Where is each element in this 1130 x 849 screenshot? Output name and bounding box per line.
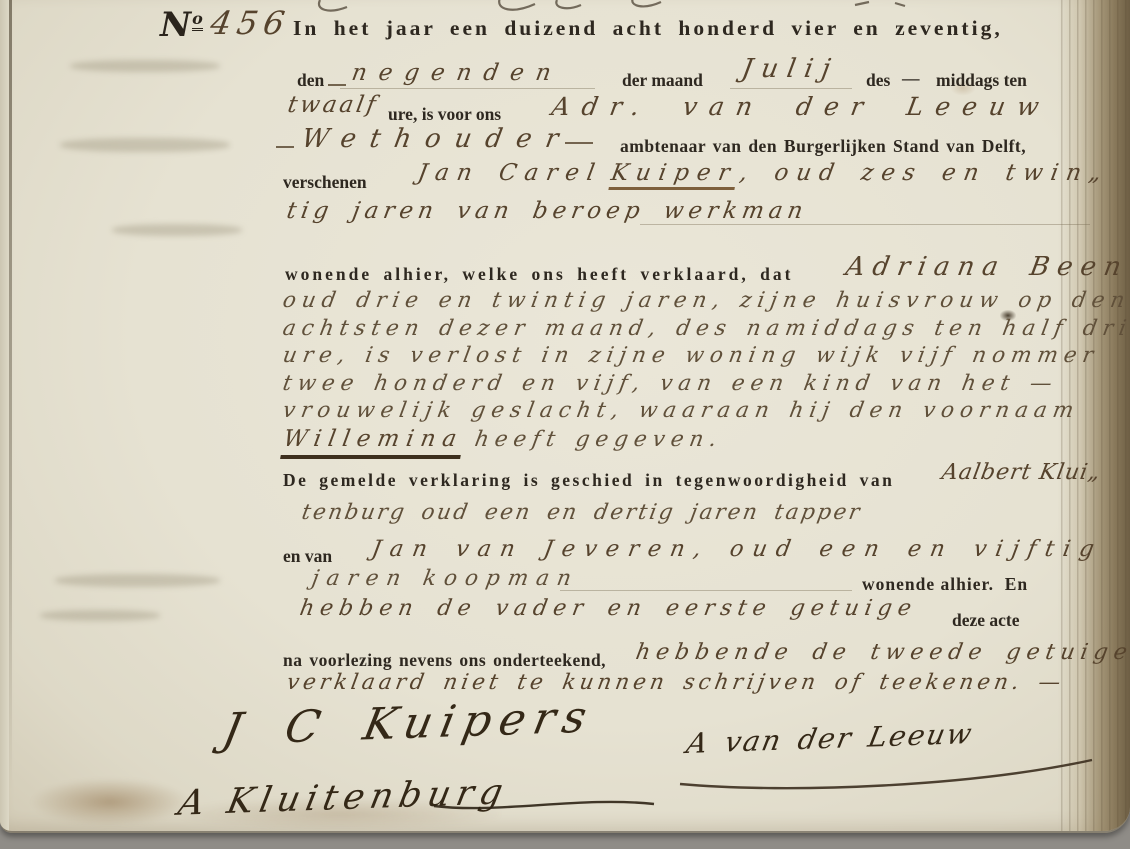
cut-off-text-remnant [295,0,935,16]
witness2-name-rest: jaren koopman [310,566,581,591]
father-occupation-line: tig jaren van beroep werkman [285,198,810,224]
label-den: den [297,70,324,91]
bleed-through-mark [112,224,242,236]
label-ambtenaar: ambtenaar van den Burgerlijken Stand van… [620,136,1026,157]
father-age-start: , oud zes en twin„ [737,160,1111,186]
label-wonende-alhier: wonende alhier. En [862,574,1028,595]
label-verschenen: verschenen [283,172,367,193]
label-wonende-verklaard: wonende alhier, welke ons heeft verklaar… [285,264,793,285]
handwritten-mother-name: Adriana Been [843,252,1130,282]
signature-witness1-flourish [430,792,660,816]
witness1-name-rest: tenburg oud een en dertig jaren tapper [300,500,864,525]
numero-sign-o: o [192,9,203,31]
label-middags-ten: middags ten [936,70,1027,91]
baseline-rule [560,590,852,591]
act-number: No 456 [160,4,290,45]
year-line: In het jaar een duizend acht honderd vie… [293,16,1003,41]
bleed-through-mark [55,574,220,587]
handwritten-father-line: Jan CarelKuiper, oud zes en twin„ [418,160,1108,190]
witness1-name-start: Aalbert Klui„ [940,460,1103,485]
verklaard-line: verklaard niet te kunnen schrijven of te… [285,670,1067,695]
bleed-through-mark [70,60,220,72]
father-surname: Kuiper [609,160,740,190]
label-der-maand: der maand [622,70,703,91]
child-name-line: Willeminaheeft gegeven. [283,426,722,459]
handwritten-hour: twaalf [286,92,381,118]
register-page: No 456 In het jaar een duizend acht hond… [0,0,1130,833]
bleed-through-mark [60,138,230,152]
numero-sign: N [160,5,191,45]
baseline-rule [640,224,1090,225]
fill-dash [565,142,593,144]
ink-stain [30,778,190,826]
bleed-through-mark [40,610,160,621]
handwritten-registrar-name: Adr. van der Leeuw [549,92,1053,121]
label-verklaring-intro: De gemelde verklaring is geschied in teg… [283,470,894,491]
label-ure: ure, is voor ons [388,104,501,125]
body-line: vrouwelijk geslacht, waaraan hij den voo… [281,398,1082,423]
child-name: Willemina [280,426,465,459]
left-page-fold [0,0,9,831]
label-en-van: en van [283,546,332,567]
baseline-rule [340,88,595,89]
filler-dash-printed: — [902,68,920,89]
body-line: achtsten dezer maand, des namiddags ten … [281,316,1130,341]
fill-dash [276,146,294,148]
hebben-line: hebben de vader en eerste getuige [298,596,919,621]
signature-father: J C Kuipers [219,692,599,756]
left-page-edge-line [9,0,12,790]
label-voorlezing: na voorlezing nevens ons onderteekend, [283,650,606,671]
hebbende-line: hebbende de tweede getuige [634,640,1130,665]
signature-registrar-flourish [672,750,1112,794]
label-deze-acte: deze acte [952,610,1020,631]
body-line: oud drie en twintig jaren, zijne huisvro… [281,288,1130,313]
body-line: twee honderd en vijf, van een kind van h… [281,371,1060,396]
label-des: des [866,70,890,91]
act-number-value: 456 [207,4,293,42]
scanned-birth-record: { "document": { "act_number": { "sign_n"… [0,0,1130,849]
handwritten-month: Julij [739,54,841,84]
child-name-rest: heeft gegeven. [472,427,724,452]
handwritten-day: negenden [350,60,565,86]
body-line: ure, is verlost in zijne woning wijk vij… [281,343,1101,368]
father-given-names: Jan Carel [416,160,605,186]
witness2-name-start: Jan van Jeveren, oud een en vijftig [370,536,1105,562]
handwritten-registrar-title: Wethouder [299,124,574,154]
baseline-rule [730,88,852,89]
fill-dash [328,84,346,86]
